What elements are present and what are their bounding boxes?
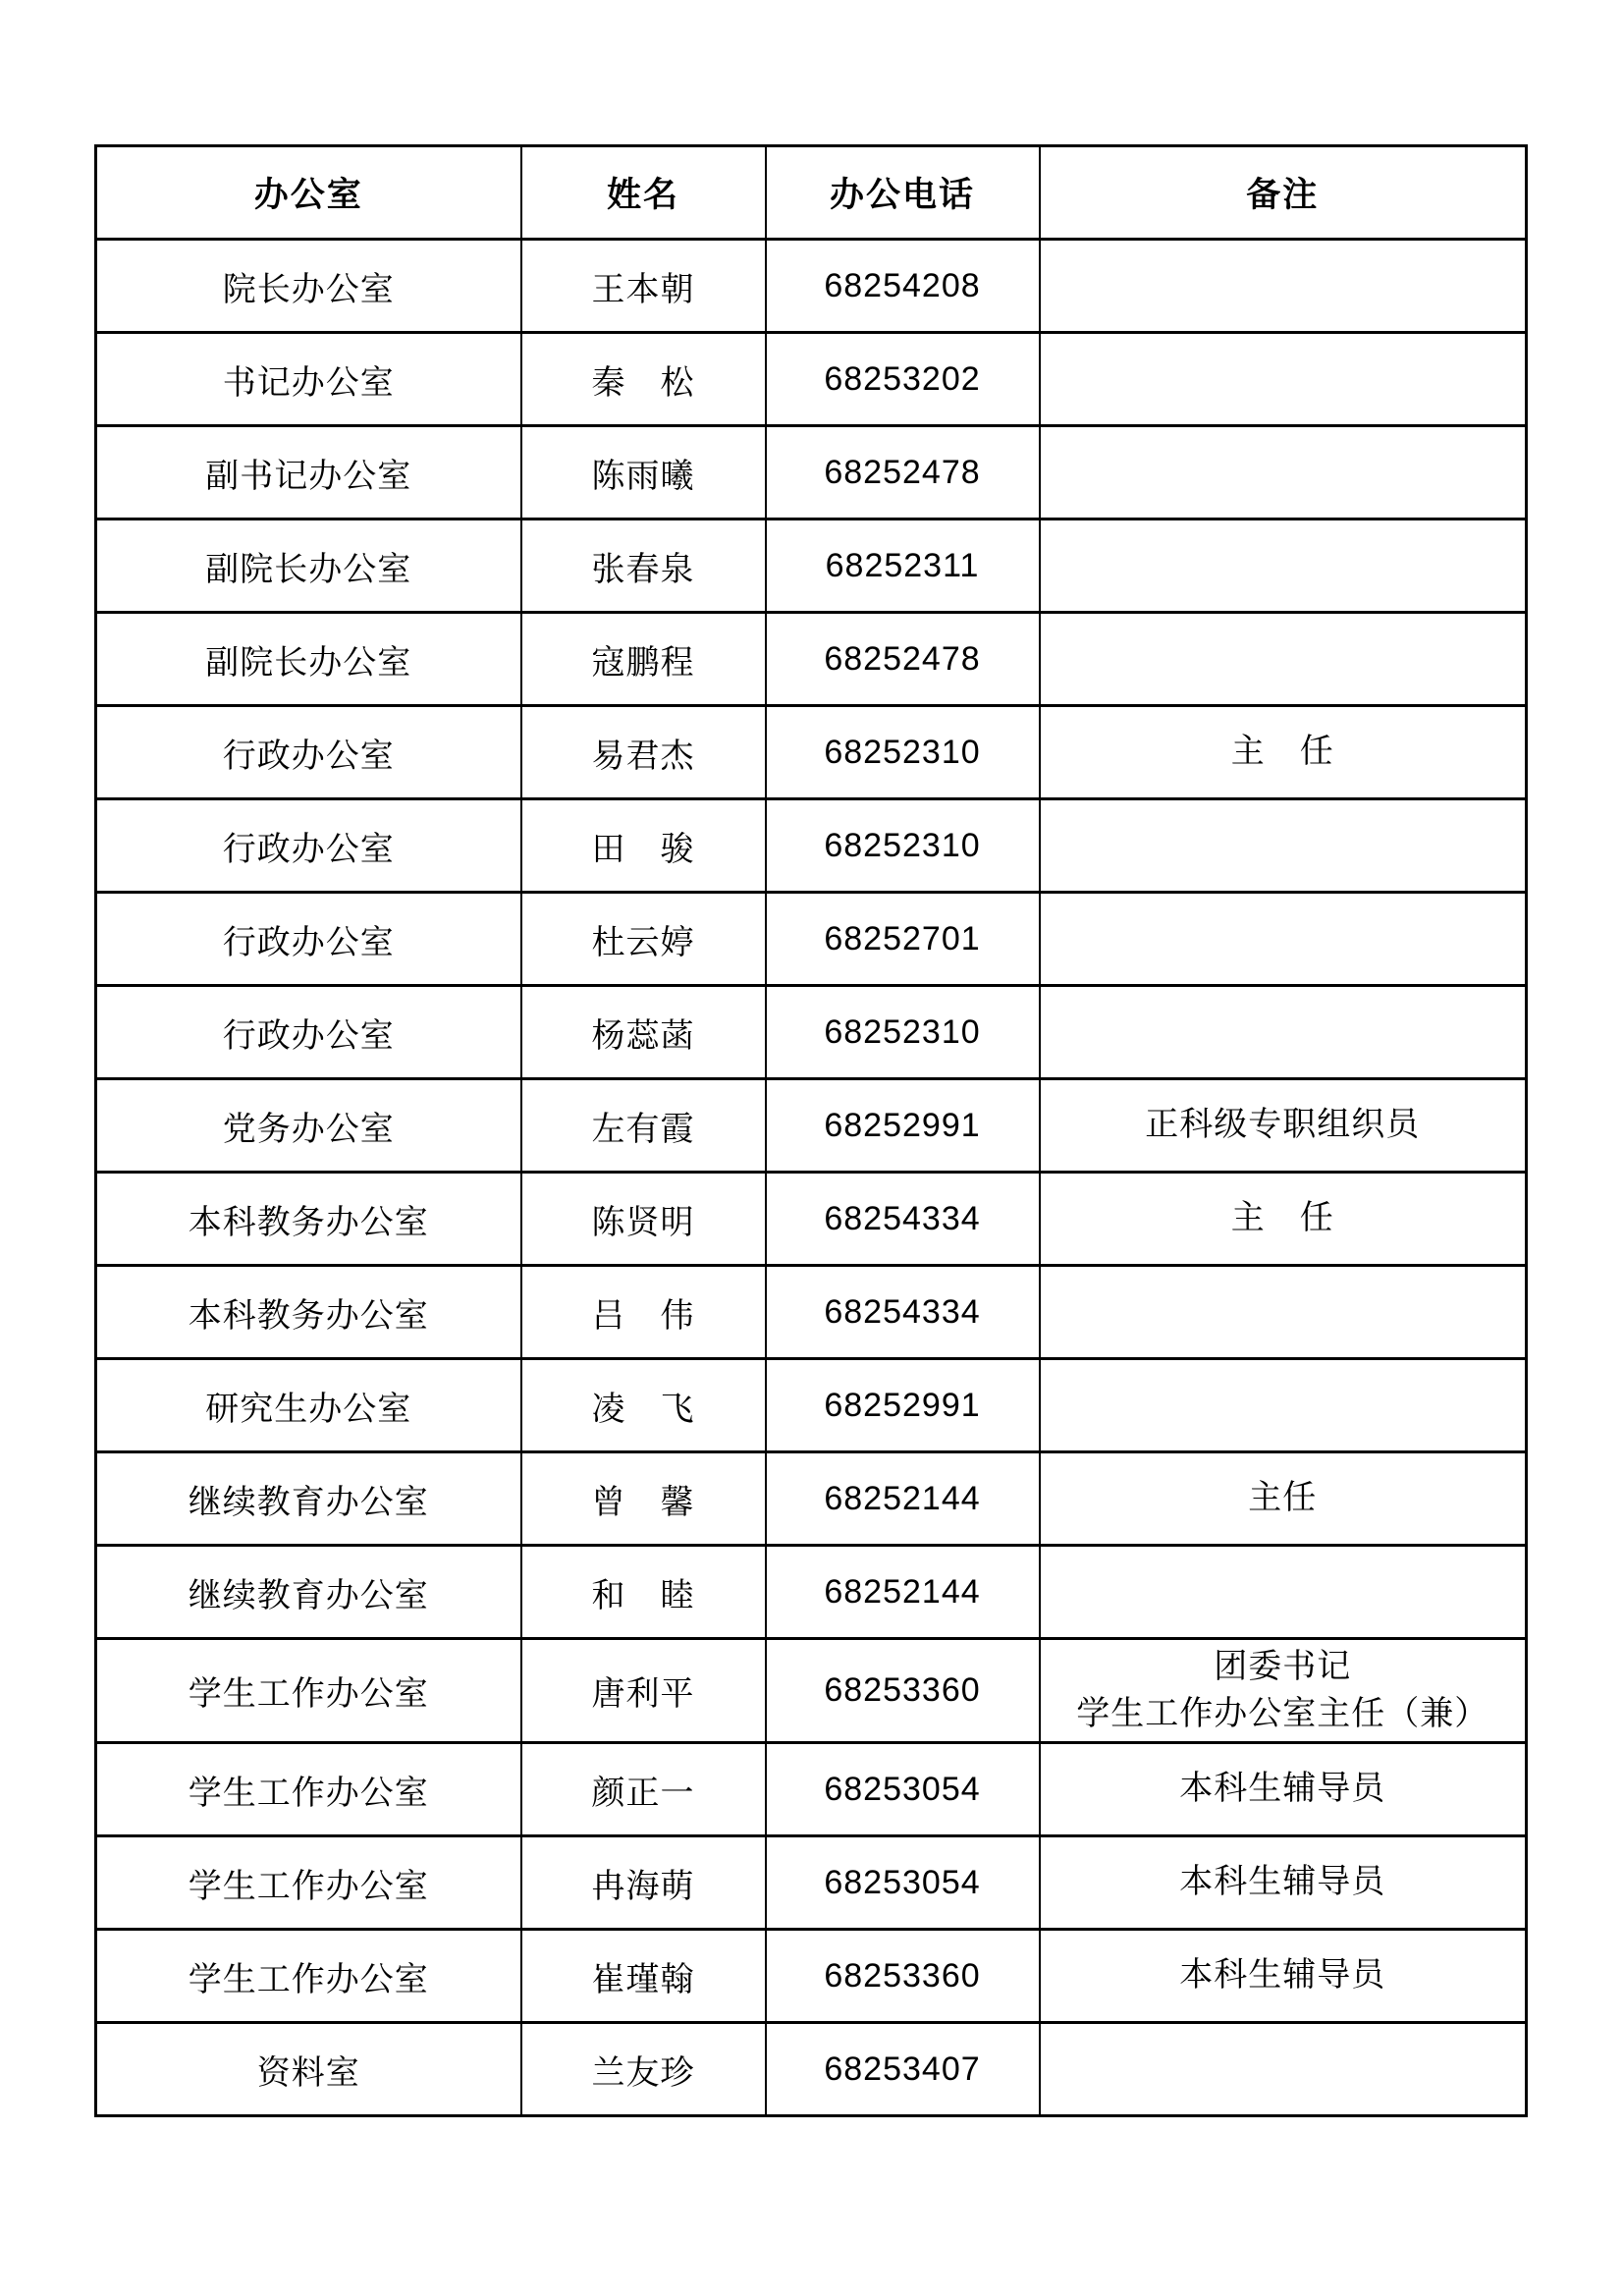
name-cell: 陈雨曦 xyxy=(521,426,766,519)
remark-cell xyxy=(1040,986,1527,1079)
remark-cell xyxy=(1040,893,1527,986)
office-cell: 党务办公室 xyxy=(96,1079,521,1173)
table-row: 本科教务办公室 陈贤明 68254334 主 任 xyxy=(96,1173,1527,1266)
table-row: 学生工作办公室 崔瑾翰 68253360 本科生辅导员 xyxy=(96,1930,1527,2023)
phone-cell: 68252311 xyxy=(766,519,1040,613)
name-cell: 冉海萌 xyxy=(521,1836,766,1930)
table-row: 学生工作办公室 颜正一 68253054 本科生辅导员 xyxy=(96,1743,1527,1836)
remark-cell xyxy=(1040,426,1527,519)
table-row: 继续教育办公室 和 睦 68252144 xyxy=(96,1546,1527,1639)
phone-cell: 68253407 xyxy=(766,2023,1040,2116)
phone-directory-table: 办公室 姓名 办公电话 备注 院长办公室 王本朝 68254208 书记办公室 … xyxy=(94,144,1528,2117)
table-row: 学生工作办公室 唐利平 68253360 团委书记 学生工作办公室主任（兼） xyxy=(96,1639,1527,1743)
remark-cell xyxy=(1040,799,1527,893)
name-cell: 唐利平 xyxy=(521,1639,766,1743)
table-body: 院长办公室 王本朝 68254208 书记办公室 秦 松 68253202 副书… xyxy=(96,240,1527,2116)
remark-cell: 主 任 xyxy=(1040,1173,1527,1266)
table-row: 资料室 兰友珍 68253407 xyxy=(96,2023,1527,2116)
table-row: 本科教务办公室 吕 伟 68254334 xyxy=(96,1266,1527,1359)
name-cell: 杜云婷 xyxy=(521,893,766,986)
office-cell: 学生工作办公室 xyxy=(96,1639,521,1743)
header-office: 办公室 xyxy=(96,146,521,240)
office-cell: 书记办公室 xyxy=(96,333,521,426)
office-cell: 学生工作办公室 xyxy=(96,1743,521,1836)
table-row: 行政办公室 杜云婷 68252701 xyxy=(96,893,1527,986)
name-cell: 陈贤明 xyxy=(521,1173,766,1266)
phone-cell: 68254208 xyxy=(766,240,1040,333)
name-cell: 颜正一 xyxy=(521,1743,766,1836)
phone-cell: 68252701 xyxy=(766,893,1040,986)
office-cell: 行政办公室 xyxy=(96,799,521,893)
phone-cell: 68252144 xyxy=(766,1546,1040,1639)
phone-cell: 68253202 xyxy=(766,333,1040,426)
phone-cell: 68252991 xyxy=(766,1359,1040,1452)
table-row: 书记办公室 秦 松 68253202 xyxy=(96,333,1527,426)
office-cell: 继续教育办公室 xyxy=(96,1452,521,1546)
office-cell: 副院长办公室 xyxy=(96,519,521,613)
remark-cell: 本科生辅导员 xyxy=(1040,1743,1527,1836)
phone-cell: 68253054 xyxy=(766,1836,1040,1930)
table-row: 副院长办公室 寇鹏程 68252478 xyxy=(96,613,1527,706)
remark-cell: 正科级专职组织员 xyxy=(1040,1079,1527,1173)
name-cell: 吕 伟 xyxy=(521,1266,766,1359)
header-name: 姓名 xyxy=(521,146,766,240)
remark-cell xyxy=(1040,1266,1527,1359)
remark-cell xyxy=(1040,1359,1527,1452)
phone-cell: 68252478 xyxy=(766,426,1040,519)
remark-cell xyxy=(1040,2023,1527,2116)
office-cell: 学生工作办公室 xyxy=(96,1836,521,1930)
table-row: 行政办公室 杨蕊菡 68252310 xyxy=(96,986,1527,1079)
office-cell: 行政办公室 xyxy=(96,706,521,799)
name-cell: 寇鹏程 xyxy=(521,613,766,706)
office-cell: 研究生办公室 xyxy=(96,1359,521,1452)
office-cell: 本科教务办公室 xyxy=(96,1173,521,1266)
phone-cell: 68254334 xyxy=(766,1173,1040,1266)
table-row: 副院长办公室 张春泉 68252311 xyxy=(96,519,1527,613)
phone-cell: 68252991 xyxy=(766,1079,1040,1173)
name-cell: 张春泉 xyxy=(521,519,766,613)
phone-cell: 68253054 xyxy=(766,1743,1040,1836)
remark-cell xyxy=(1040,240,1527,333)
phone-cell: 68253360 xyxy=(766,1930,1040,2023)
name-cell: 王本朝 xyxy=(521,240,766,333)
table-row: 党务办公室 左有霞 68252991 正科级专职组织员 xyxy=(96,1079,1527,1173)
phone-cell: 68252478 xyxy=(766,613,1040,706)
name-cell: 杨蕊菡 xyxy=(521,986,766,1079)
remark-cell: 主 任 xyxy=(1040,706,1527,799)
table-row: 研究生办公室 凌 飞 68252991 xyxy=(96,1359,1527,1452)
name-cell: 秦 松 xyxy=(521,333,766,426)
remark-cell: 团委书记 学生工作办公室主任（兼） xyxy=(1040,1639,1527,1743)
name-cell: 凌 飞 xyxy=(521,1359,766,1452)
table-row: 行政办公室 易君杰 68252310 主 任 xyxy=(96,706,1527,799)
phone-cell: 68252144 xyxy=(766,1452,1040,1546)
phone-cell: 68252310 xyxy=(766,986,1040,1079)
remark-cell xyxy=(1040,519,1527,613)
table-row: 行政办公室 田 骏 68252310 xyxy=(96,799,1527,893)
table-row: 副书记办公室 陈雨曦 68252478 xyxy=(96,426,1527,519)
office-cell: 行政办公室 xyxy=(96,986,521,1079)
office-cell: 行政办公室 xyxy=(96,893,521,986)
table-header-row: 办公室 姓名 办公电话 备注 xyxy=(96,146,1527,240)
remark-cell: 主任 xyxy=(1040,1452,1527,1546)
office-cell: 继续教育办公室 xyxy=(96,1546,521,1639)
remark-cell: 本科生辅导员 xyxy=(1040,1930,1527,2023)
office-cell: 院长办公室 xyxy=(96,240,521,333)
remark-cell xyxy=(1040,333,1527,426)
name-cell: 左有霞 xyxy=(521,1079,766,1173)
table-row: 院长办公室 王本朝 68254208 xyxy=(96,240,1527,333)
office-cell: 资料室 xyxy=(96,2023,521,2116)
name-cell: 田 骏 xyxy=(521,799,766,893)
phone-cell: 68252310 xyxy=(766,706,1040,799)
phone-cell: 68254334 xyxy=(766,1266,1040,1359)
remark-cell xyxy=(1040,1546,1527,1639)
remark-cell: 本科生辅导员 xyxy=(1040,1836,1527,1930)
table-row: 学生工作办公室 冉海萌 68253054 本科生辅导员 xyxy=(96,1836,1527,1930)
phone-cell: 68253360 xyxy=(766,1639,1040,1743)
header-remark: 备注 xyxy=(1040,146,1527,240)
header-phone: 办公电话 xyxy=(766,146,1040,240)
office-cell: 本科教务办公室 xyxy=(96,1266,521,1359)
table-row: 继续教育办公室 曾 馨 68252144 主任 xyxy=(96,1452,1527,1546)
office-cell: 副书记办公室 xyxy=(96,426,521,519)
phone-cell: 68252310 xyxy=(766,799,1040,893)
office-cell: 学生工作办公室 xyxy=(96,1930,521,2023)
remark-cell xyxy=(1040,613,1527,706)
name-cell: 易君杰 xyxy=(521,706,766,799)
name-cell: 和 睦 xyxy=(521,1546,766,1639)
name-cell: 崔瑾翰 xyxy=(521,1930,766,2023)
name-cell: 兰友珍 xyxy=(521,2023,766,2116)
name-cell: 曾 馨 xyxy=(521,1452,766,1546)
office-cell: 副院长办公室 xyxy=(96,613,521,706)
document-page: 办公室 姓名 办公电话 备注 院长办公室 王本朝 68254208 书记办公室 … xyxy=(0,0,1623,2296)
